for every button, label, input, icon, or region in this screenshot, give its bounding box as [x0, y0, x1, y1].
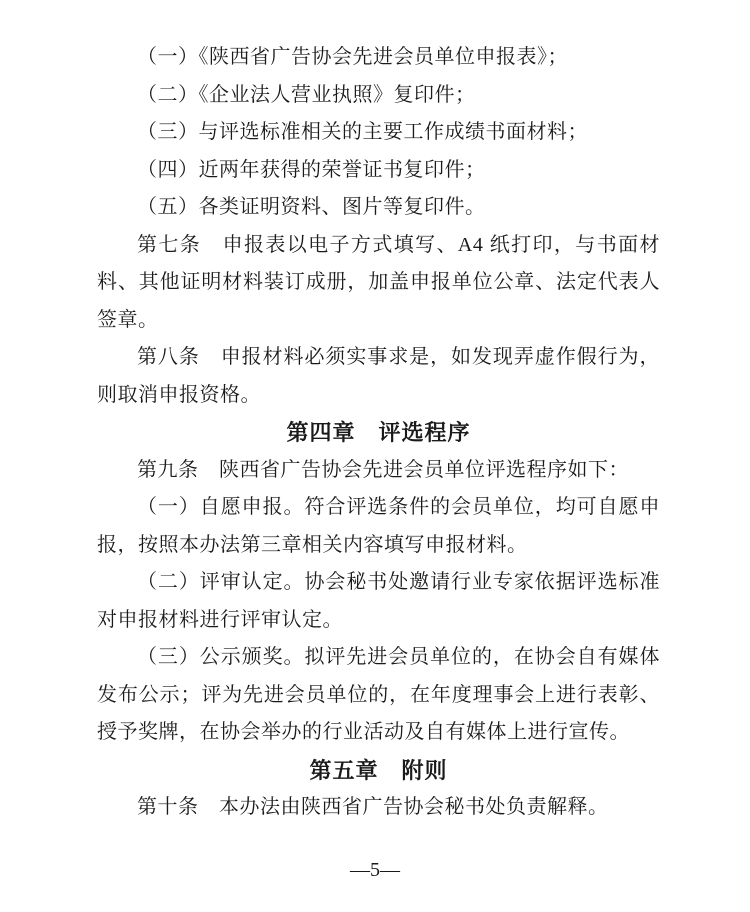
paragraph-article-8: 第八条 申报材料必须实事求是，如发现弄虚作假行为，则取消申报资格。	[97, 339, 660, 414]
list-item-5: （五）各类证明资料、图片等复印件。	[97, 189, 660, 227]
page-number: —5—	[0, 857, 750, 883]
chapter-4-heading: 第四章 评选程序	[97, 414, 660, 452]
document-page-body: （一）《陕西省广告协会先进会员单位申报表》； （二）《企业法人营业执照》复印件；…	[97, 39, 660, 827]
list-item-2: （二）《企业法人营业执照》复印件；	[97, 77, 660, 115]
chapter-5-heading: 第五章 附则	[97, 752, 660, 790]
list-item-4: （四）近两年获得的荣誉证书复印件；	[97, 152, 660, 190]
paragraph-procedure-item-2: （二）评审认定。协会秘书处邀请行业专家依据评选标准对申报材料进行评审认定。	[97, 564, 660, 639]
paragraph-procedure-item-3: （三）公示颁奖。拟评先进会员单位的，在协会自有媒体发布公示；评为先进会员单位的，…	[97, 639, 660, 752]
paragraph-article-10: 第十条 本办法由陕西省广告协会秘书处负责解释。	[97, 789, 660, 827]
list-item-3: （三）与评选标准相关的主要工作成绩书面材料；	[97, 114, 660, 152]
list-item-1: （一）《陕西省广告协会先进会员单位申报表》；	[97, 39, 660, 77]
paragraph-article-9: 第九条 陕西省广告协会先进会员单位评选程序如下：	[97, 452, 660, 490]
paragraph-procedure-item-1: （一）自愿申报。符合评选条件的会员单位，均可自愿申报，按照本办法第三章相关内容填…	[97, 489, 660, 564]
paragraph-article-7: 第七条 申报表以电子方式填写、A4 纸打印，与书面材料、其他证明材料装订成册，加…	[97, 227, 660, 340]
